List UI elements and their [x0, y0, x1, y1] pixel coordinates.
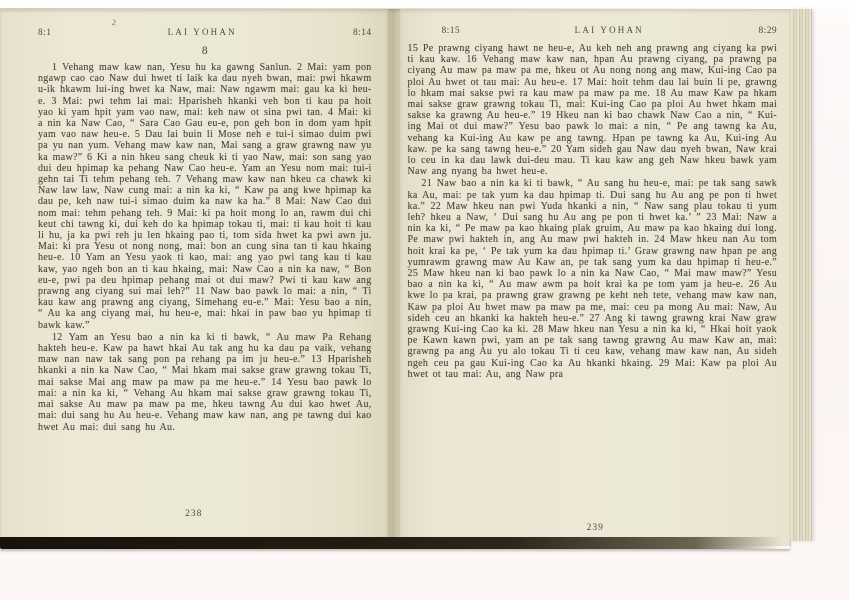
verse-ref-start: 8:1 — [38, 28, 51, 38]
running-title: LAI YOHAN — [168, 27, 237, 37]
verse-ref-end: 8:29 — [759, 26, 778, 36]
paragraph-verses-1-11: 1 Vehang maw kaw nan, Yesu hu ka gawng S… — [38, 62, 372, 331]
left-page-header: 8:1 LAI YOHAN 8:14 — [38, 27, 372, 38]
right-page: 8:15 LAI YOHAN 8:29 15 Pe prawng ciyang … — [400, 9, 792, 546]
stray-mark: 2 — [111, 18, 116, 27]
open-book: 2 8:1 LAI YOHAN 8:14 8 1 Vehang maw kaw … — [0, 9, 812, 546]
book-bottom-shadow — [0, 537, 790, 549]
page-stack-edge — [791, 9, 812, 541]
page-number-right: 239 — [400, 523, 792, 533]
paragraph-verses-21-29: 21 Naw bao a nin ka ki ti bawk, “ Au san… — [408, 178, 778, 380]
running-title: LAI YOHAN — [575, 25, 644, 35]
page-number-left: 238 — [0, 509, 388, 519]
paragraph-verses-12-14: 12 Yam an Yesu bao a nin ka ki ti bawk, … — [38, 332, 372, 433]
left-page: 2 8:1 LAI YOHAN 8:14 8 1 Vehang maw kaw … — [0, 9, 388, 546]
chapter-number: 8 — [38, 45, 372, 57]
verse-ref-end: 8:14 — [353, 28, 372, 38]
book-spine-gutter — [388, 9, 400, 546]
right-page-header: 8:15 LAI YOHAN 8:29 — [408, 25, 778, 36]
paragraph-verses-15-20: 15 Pe prawng ciyang hawt ne heu-e, Au ke… — [408, 43, 778, 177]
verse-ref-start: 8:15 — [442, 26, 461, 36]
scanned-book-photo: 2 8:1 LAI YOHAN 8:14 8 1 Vehang maw kaw … — [0, 0, 849, 600]
